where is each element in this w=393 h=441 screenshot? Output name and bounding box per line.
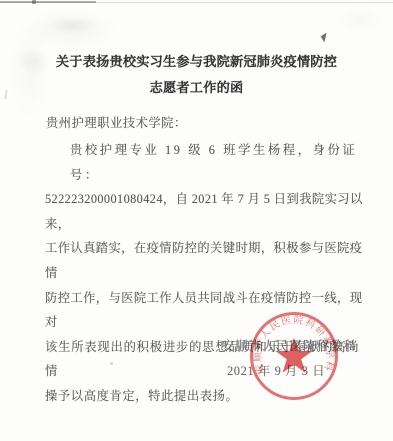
title-line-1: 关于表扬贵校实习生参与我院新冠肺炎疫情防控: [0, 49, 393, 75]
salutation: 贵州护理职业技术学院：: [46, 113, 187, 131]
body-line: 522223200001080424，自 2021 年 7 月 5 日到我院实习…: [45, 187, 365, 236]
scanned-letter-page: 关于表扬贵校实习生参与我院新冠肺炎疫情防控 志愿者工作的函 贵州护理职业技术学院…: [0, 0, 393, 441]
body-line: 贵校护理专业 19 级 6 班学生杨程，身份证号：: [45, 138, 365, 187]
body-line: 工作认真踏实，在疫情防控的关键时期，积极参与医院疫情: [45, 236, 365, 285]
scan-artifact-dark-segment: [0, 1, 96, 3]
star-icon: [276, 338, 313, 373]
scan-smudge: [45, 16, 100, 34]
title-line-2: 志愿者工作的函: [0, 75, 393, 101]
scan-artifact-tick: [32, 0, 36, 4]
official-red-seal: 安顺市人民医院科研教学科: [248, 309, 340, 403]
document-title: 关于表扬贵校实习生参与我院新冠肺炎疫情防控 志愿者工作的函: [0, 49, 393, 101]
mouse-cursor-icon: [321, 33, 331, 43]
